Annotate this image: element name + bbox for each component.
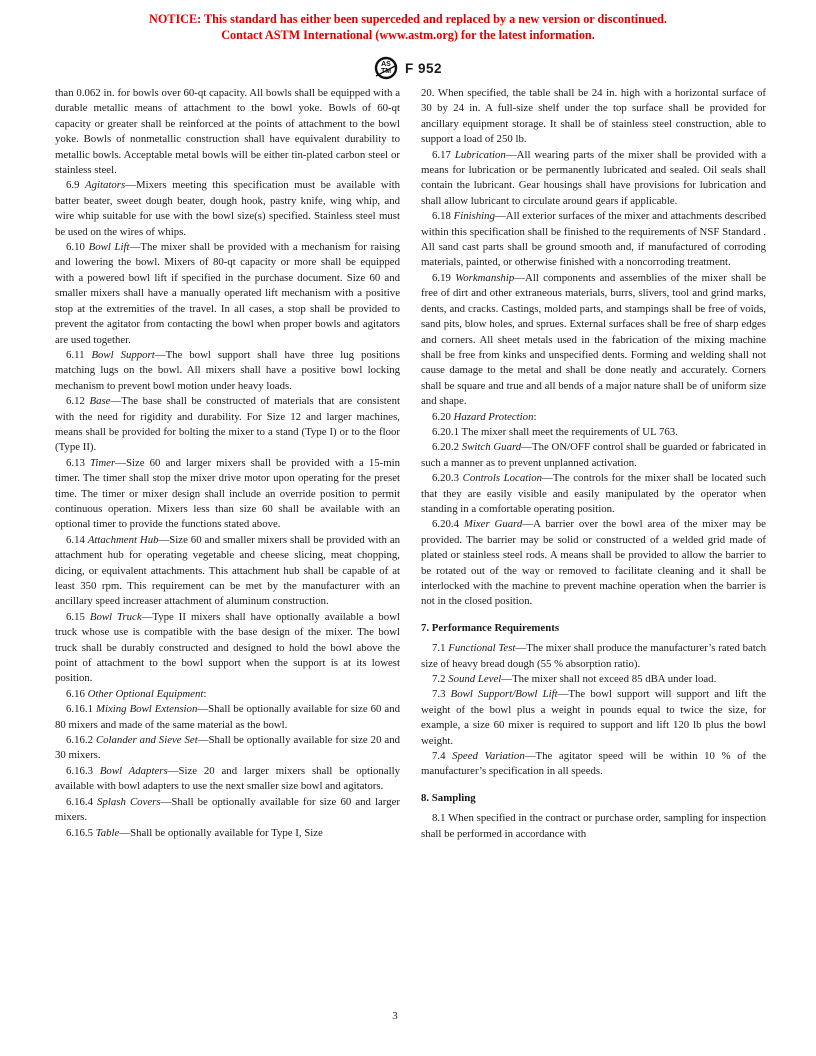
section-heading: 8. Sampling bbox=[421, 791, 766, 806]
paragraph: 6.20.2 Switch Guard—The ON/OFF control s… bbox=[421, 440, 766, 471]
paragraph: 6.14 Attachment Hub—Size 60 and smaller … bbox=[55, 533, 400, 610]
paragraph: 20. When specified, the table shall be 2… bbox=[421, 86, 766, 148]
paragraph: 6.17 Lubrication—All wearing parts of th… bbox=[421, 148, 766, 210]
paragraph: 7.4 Speed Variation—The agitator speed w… bbox=[421, 749, 766, 780]
paragraph: 6.16.3 Bowl Adapters—Size 20 and larger … bbox=[55, 764, 400, 795]
paragraph: 6.16 Other Optional Equipment: bbox=[55, 687, 400, 702]
paragraph: 8.1 When specified in the contract or pu… bbox=[421, 811, 766, 842]
paragraph: 6.20.4 Mixer Guard—A barrier over the bo… bbox=[421, 517, 766, 609]
section-heading: 7. Performance Requirements bbox=[421, 621, 766, 636]
astm-logo-icon: AS TM bbox=[374, 56, 398, 80]
paragraph: 6.18 Finishing—All exterior surfaces of … bbox=[421, 209, 766, 271]
masthead: AS TM F 952 bbox=[0, 55, 816, 81]
notice-line-2: Contact ASTM International (www.astm.org… bbox=[0, 27, 816, 43]
paragraph: 6.15 Bowl Truck—Type II mixers shall hav… bbox=[55, 610, 400, 687]
paragraph: 6.16.1 Mixing Bowl Extension—Shall be op… bbox=[55, 702, 400, 733]
paragraph: 6.16.5 Table—Shall be optionally availab… bbox=[55, 826, 400, 841]
page-number: 3 bbox=[0, 1010, 790, 1022]
notice-line-1: NOTICE: This standard has either been su… bbox=[0, 11, 816, 27]
right-column: 20. When specified, the table shall be 2… bbox=[421, 86, 766, 842]
paragraph: 6.20 Hazard Protection: bbox=[421, 410, 766, 425]
paragraph: 6.16.2 Colander and Sieve Set—Shall be o… bbox=[55, 733, 400, 764]
paragraph: 6.11 Bowl Support—The bowl support shall… bbox=[55, 348, 400, 394]
paragraph: 7.1 Functional Test—The mixer shall prod… bbox=[421, 641, 766, 672]
paragraph: 6.20.3 Controls Location—The controls fo… bbox=[421, 471, 766, 517]
two-column-body: than 0.062 in. for bowls over 60-qt capa… bbox=[55, 86, 767, 842]
supersession-notice: NOTICE: This standard has either been su… bbox=[0, 0, 816, 43]
document-page: NOTICE: This standard has either been su… bbox=[0, 0, 816, 1056]
paragraph: 7.3 Bowl Support/Bowl Lift—The bowl supp… bbox=[421, 687, 766, 749]
paragraph: 6.16.4 Splash Covers—Shall be optionally… bbox=[55, 795, 400, 826]
paragraph: than 0.062 in. for bowls over 60-qt capa… bbox=[55, 86, 400, 178]
svg-text:AS: AS bbox=[381, 61, 391, 68]
left-column: than 0.062 in. for bowls over 60-qt capa… bbox=[55, 86, 400, 842]
paragraph: 6.9 Agitators—Mixers meeting this specif… bbox=[55, 178, 400, 240]
paragraph: 6.13 Timer—Size 60 and larger mixers sha… bbox=[55, 456, 400, 533]
paragraph: 7.2 Sound Level—The mixer shall not exce… bbox=[421, 672, 766, 687]
paragraph: 6.19 Workmanship—All components and asse… bbox=[421, 271, 766, 410]
standard-designation: F 952 bbox=[405, 61, 442, 76]
paragraph: 6.10 Bowl Lift—The mixer shall be provid… bbox=[55, 240, 400, 348]
paragraph: 6.20.1 The mixer shall meet the requirem… bbox=[421, 425, 766, 440]
paragraph: 6.12 Base—The base shall be constructed … bbox=[55, 394, 400, 456]
